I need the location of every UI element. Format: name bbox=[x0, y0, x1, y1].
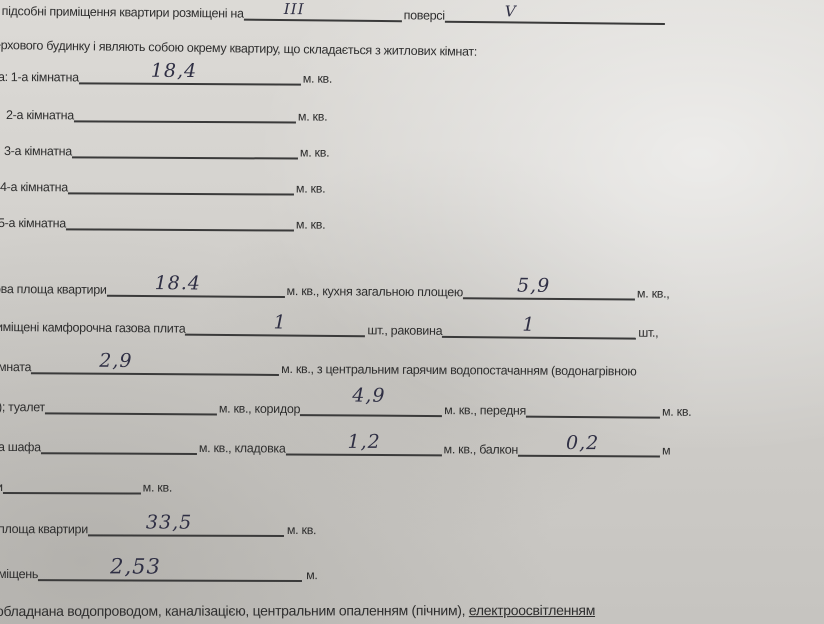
room-row-2: 2-а кімнатнам. кв. bbox=[6, 106, 327, 124]
header-floor-prefix: і підсобні приміщення квартири розміщені… bbox=[0, 4, 244, 21]
corridor-field: 4,9 bbox=[300, 400, 442, 417]
sink-field: 1 bbox=[442, 322, 636, 340]
room-field-4 bbox=[68, 178, 294, 195]
footer-line: обладнана водопроводом, каналізацією, це… bbox=[0, 602, 595, 619]
room-unit-1: м. кв. bbox=[303, 72, 332, 86]
toilet-field bbox=[45, 398, 217, 415]
closet-label: а шафа bbox=[0, 440, 41, 454]
bathroom-label: мната bbox=[0, 360, 31, 374]
sink-value: 1 bbox=[522, 314, 535, 336]
closet-unit: м. кв., кладовка bbox=[199, 441, 286, 455]
room-unit-4: м. кв. bbox=[296, 182, 325, 196]
living-area-unit: м. кв., кухня загальною площею bbox=[287, 284, 463, 299]
total-area-value: 33,5 bbox=[146, 512, 192, 534]
room-field-2 bbox=[74, 106, 296, 123]
room-unit-5: м. кв. bbox=[296, 218, 325, 232]
floor-field: III bbox=[244, 5, 402, 23]
floors-total-field: V bbox=[445, 7, 665, 25]
corridor-value: 4,9 bbox=[352, 384, 385, 406]
kitchen-value: 5,9 bbox=[517, 275, 550, 297]
room-field-1: 18,4 bbox=[79, 68, 301, 85]
room-prefix: а: bbox=[0, 70, 8, 84]
room-label-1: 1-а кімнатна bbox=[11, 70, 79, 84]
bathroom-unit: м. кв., з центральним гарячим водопостач… bbox=[281, 362, 636, 378]
room-label-4: 4-а кімнатна bbox=[0, 180, 68, 194]
ceiling-height-field: 2,53 bbox=[38, 565, 302, 582]
room-label-5: 5-а кімнатна bbox=[0, 216, 66, 230]
room-row-4: 4-а кімнатнам. кв. bbox=[0, 178, 325, 196]
hall-unit: м. кв. bbox=[662, 405, 691, 419]
storage-field: 1,2 bbox=[286, 440, 442, 457]
kitchen-unit: м. кв., bbox=[637, 286, 670, 300]
stove-value: 1 bbox=[273, 311, 286, 333]
living-area-value: 18.4 bbox=[155, 272, 201, 294]
corridor-unit: м. кв., передня bbox=[444, 403, 526, 418]
sink-unit: шт., bbox=[638, 326, 658, 340]
ceiling-height-unit: м. bbox=[306, 568, 318, 582]
stove-unit: шт., раковина bbox=[367, 323, 442, 338]
room-label-2: 2-а кімнатна bbox=[6, 108, 74, 122]
total-area-field: 33,5 bbox=[88, 520, 284, 537]
room-label-3: 3-а кімнатна bbox=[4, 144, 72, 158]
bathroom-field: 2,9 bbox=[31, 358, 279, 376]
room-value-1: 18,4 bbox=[151, 60, 197, 82]
toilet-row: ); туалетм. кв., коридор4,9м. кв., перед… bbox=[0, 398, 691, 419]
other-unit: м. кв. bbox=[143, 481, 172, 495]
living-area-field: 18.4 bbox=[107, 281, 285, 298]
total-area-label: площа квартири bbox=[0, 522, 88, 536]
other-field bbox=[3, 478, 141, 494]
toilet-unit: м. кв., коридор bbox=[219, 402, 300, 417]
ceiling-height-row: міщень2,53м. bbox=[0, 565, 318, 582]
closet-row: а шафам. кв., кладовка1,2м. кв., балкон0… bbox=[0, 438, 670, 458]
balcony-unit: м bbox=[662, 443, 670, 457]
header-floor-line: і підсобні приміщення квартири розміщені… bbox=[0, 2, 665, 25]
hall-field bbox=[526, 402, 660, 419]
floor-value: III bbox=[284, 0, 305, 18]
closet-field bbox=[41, 438, 197, 455]
footer-text: обладнана водопроводом, каналізацією, це… bbox=[0, 602, 465, 619]
stove-label: иміщені камфорочна газова плита bbox=[0, 320, 185, 336]
header-description: ерхового будинку і являють собою окрему … bbox=[0, 38, 477, 59]
bathroom-value: 2,9 bbox=[99, 350, 132, 372]
total-area-row: площа квартири33,5м. кв. bbox=[0, 520, 316, 537]
living-area-label: ова площа квартири bbox=[0, 282, 107, 297]
storage-value: 1,2 bbox=[348, 431, 381, 453]
room-field-5 bbox=[66, 214, 294, 231]
bathroom-row: мната2,9м. кв., з центральним гарячим во… bbox=[0, 358, 637, 378]
storage-unit: м. кв., балкон bbox=[444, 442, 519, 456]
room-unit-3: м. кв. bbox=[300, 146, 329, 160]
balcony-field: 0,2 bbox=[518, 441, 660, 458]
room-row-3: 3-а кімнатнам. кв. bbox=[4, 142, 329, 160]
room-row-1: а:1-а кімнатна18,4м. кв. bbox=[0, 68, 332, 86]
room-row-5: 5-а кімнатнам. кв. bbox=[0, 214, 325, 232]
ceiling-height-label: міщень bbox=[0, 567, 38, 581]
ceiling-height-value: 2,53 bbox=[110, 554, 161, 578]
stove-row: иміщені камфорочна газова плита1шт., рак… bbox=[0, 318, 658, 340]
header-floor-mid: поверсі bbox=[404, 8, 445, 22]
kitchen-field: 5,9 bbox=[463, 283, 635, 300]
balcony-value: 0,2 bbox=[566, 432, 599, 454]
room-field-3 bbox=[72, 142, 298, 159]
stove-field: 1 bbox=[185, 320, 365, 338]
toilet-label: ); туалет bbox=[0, 400, 45, 414]
other-row: им. кв. bbox=[0, 478, 172, 495]
footer-underlined-text: електроосвітленням bbox=[469, 602, 595, 618]
living-area-row: ова площа квартири18.4м. кв., кухня зага… bbox=[0, 280, 670, 301]
document-page: і підсобні приміщення квартири розміщені… bbox=[0, 0, 824, 624]
room-unit-2: м. кв. bbox=[298, 110, 327, 124]
header-description-line: ерхового будинку і являють собою окрему … bbox=[0, 38, 477, 59]
total-area-unit: м. кв. bbox=[287, 523, 316, 537]
floors-total-value: V bbox=[505, 2, 517, 20]
